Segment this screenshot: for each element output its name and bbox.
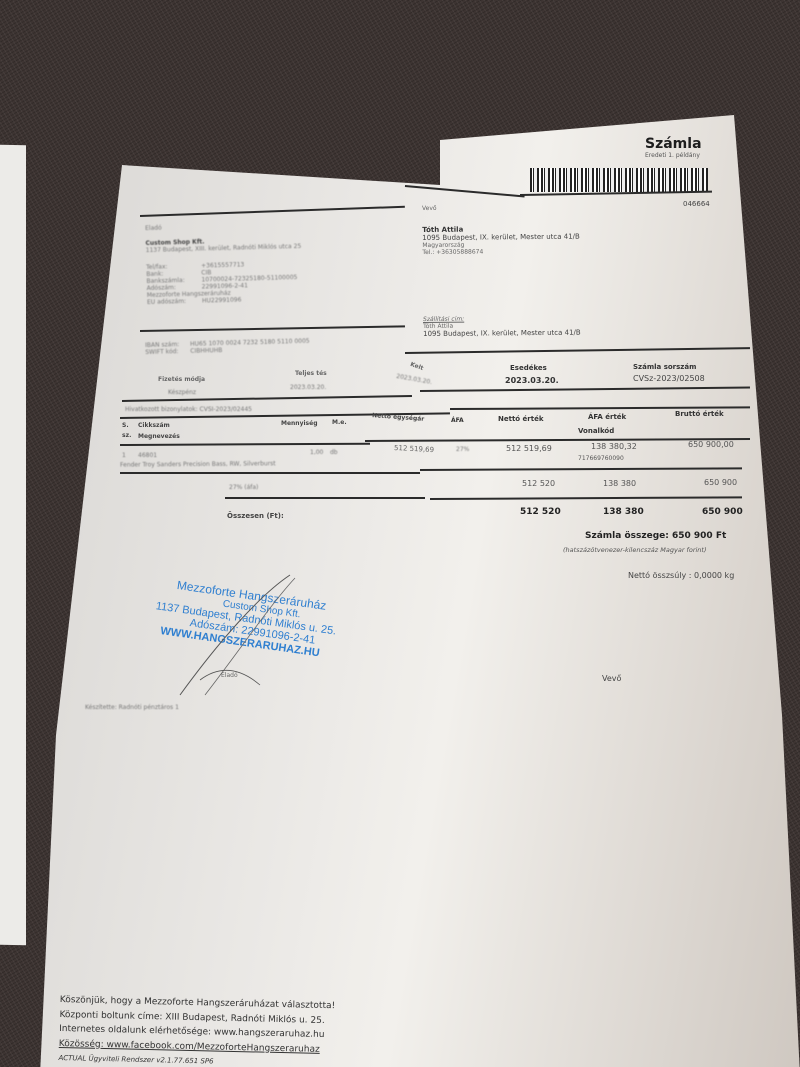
net-weight: Nettó összsúly : 0,0000 kg	[628, 571, 734, 580]
total-net: 512 520	[520, 507, 561, 517]
completion-date: 2023.03.20.	[290, 384, 326, 391]
buyer-block: Vevő Tóth Attila 1095 Budapest, IX. kerü…	[422, 204, 581, 338]
other-paper-sheet	[0, 145, 26, 945]
document-number: 046664	[683, 200, 710, 208]
seller-block: Eladó Custom Shop Kft. 1137 Budapest, XI…	[145, 221, 303, 306]
col-qty: Mennyiség	[281, 420, 318, 427]
col-vat-value: ÁFA érték	[588, 413, 626, 421]
row-unit: db	[330, 449, 338, 456]
row-sku: 46801	[138, 452, 157, 459]
total-gross: 650 900	[702, 507, 743, 517]
barcode-image	[530, 168, 708, 192]
total-label: Összesen (Ft):	[227, 512, 284, 520]
signature-icon	[160, 570, 310, 700]
amount-in-words: (hatszázötvenezer-kilencszáz Magyar fori…	[563, 546, 707, 554]
col-no: S.	[122, 422, 129, 429]
footer: Köszönjük, hogy a Mezzoforte Hangszeráru…	[58, 993, 335, 1067]
invoice-amount: Számla összege: 650 900 Ft	[585, 531, 726, 541]
vat-summary-vat: 138 380	[603, 479, 636, 488]
divider	[120, 472, 420, 474]
row-barcode: 717669760090	[578, 455, 624, 462]
row-vat: 27%	[456, 446, 469, 453]
reference-docs: Hivatkozott bizonylatok: CVSI-2023/02445	[125, 406, 252, 413]
invoice-title: Számla	[645, 136, 702, 152]
vat-summary-gross: 650 900	[704, 478, 737, 487]
col-unit: M.e.	[332, 419, 347, 426]
invoice-no-label: Számla sorszám	[633, 363, 696, 371]
invoice-no: CVSz-2023/02508	[633, 374, 705, 383]
col-no2: sz.	[122, 432, 131, 439]
buyer-address: 1095 Budapest, IX. kerület, Mester utca …	[422, 233, 580, 242]
row-qty: 1,00	[310, 449, 323, 456]
buyer-label: Vevő	[422, 204, 580, 212]
row-net: 512 519,69	[506, 444, 552, 453]
col-name: Megnevezés	[138, 433, 180, 440]
payment-method-label: Fizetés módja	[158, 376, 205, 383]
col-vat: ÁFA	[451, 417, 464, 424]
row-name: Fender Troy Sanders Precision Bass, RW, …	[120, 460, 276, 468]
total-vat: 138 380	[603, 507, 644, 517]
vat-summary-label: 27% (áfa)	[229, 484, 258, 491]
vat-summary-net: 512 520	[522, 479, 555, 488]
row-no: 1	[122, 452, 126, 459]
col-barcode: Vonalkód	[578, 427, 614, 435]
seller-signature-label: Eladó	[221, 672, 238, 679]
buyer-signature-label: Vevő	[602, 674, 621, 683]
due-label: Esedékes	[510, 364, 547, 372]
row-vat-value: 138 380,32	[591, 442, 637, 451]
seller-fields: Tel/fax:+3615557713 Bank:CIB Bankszámla:…	[146, 260, 303, 306]
payment-method-value: Készpénz	[168, 389, 196, 396]
prepared-by: Készítette: Radnóti pénztáros 1	[85, 704, 179, 711]
col-net: Nettó érték	[498, 415, 544, 423]
shipping-address: 1095 Budapest, IX. kerület, Mester utca …	[423, 329, 581, 338]
row-gross: 650 900,00	[688, 440, 734, 449]
due-date: 2023.03.20.	[505, 376, 559, 385]
copy-label: Eredeti 1. példány	[645, 152, 700, 159]
col-gross: Bruttó érték	[675, 410, 724, 418]
divider	[225, 497, 425, 499]
completion-label: Teljes tés	[295, 370, 327, 377]
buyer-phone: Tel.: +36305888674	[422, 248, 580, 256]
col-sku: Cikkszám	[138, 422, 170, 429]
